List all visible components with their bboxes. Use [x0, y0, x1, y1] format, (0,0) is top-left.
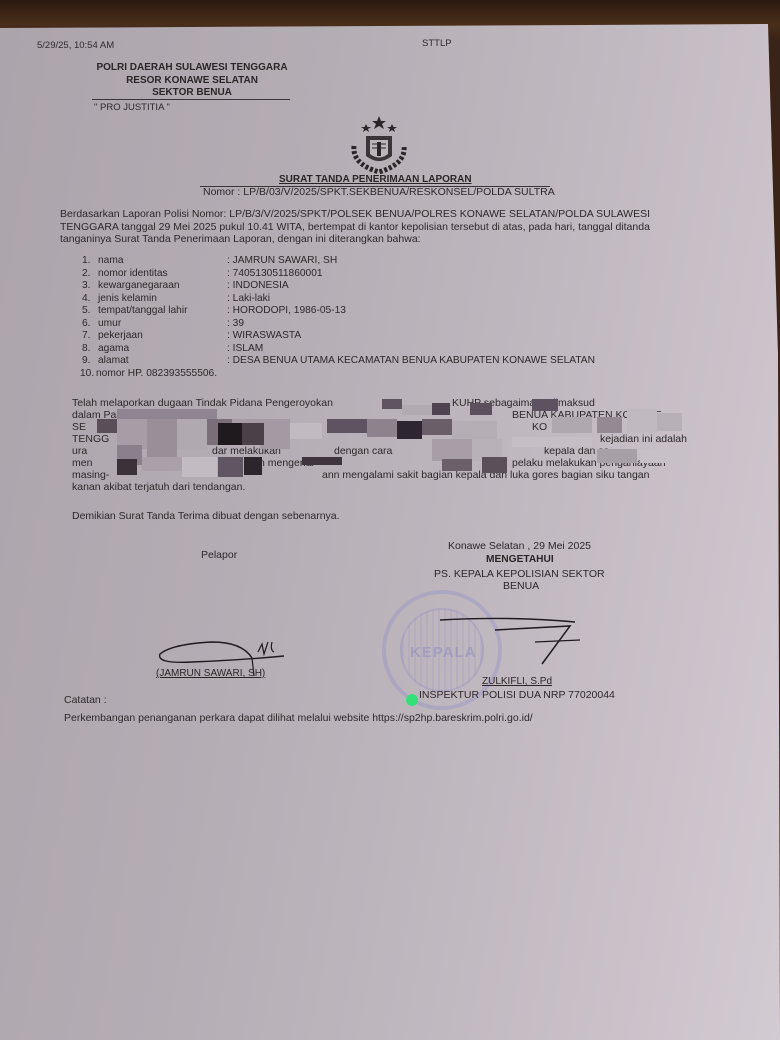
- redaction-block: [482, 457, 507, 473]
- redaction-block: [432, 403, 450, 415]
- redaction-block: [532, 399, 558, 411]
- redaction-block: [442, 459, 472, 471]
- redaction-block: [627, 409, 657, 433]
- redaction-block: [117, 459, 137, 475]
- report-line: SE: [72, 421, 86, 434]
- report-line: kanan akibat terjatuh dari tendangan.: [72, 481, 245, 494]
- redaction-block: [552, 417, 592, 433]
- intro-line: Berdasarkan Laporan Polisi Nomor: LP/B/3…: [60, 208, 650, 221]
- redaction-block: [177, 419, 207, 449]
- redaction-block: [117, 409, 217, 419]
- redaction-block: [402, 405, 432, 415]
- redaction-block: [382, 399, 402, 409]
- letterhead-rule: [92, 99, 290, 100]
- redaction-block: [302, 457, 342, 465]
- acknowledged-label: MENGETAHUI: [486, 554, 554, 565]
- report-line: dengan cara: [334, 445, 392, 458]
- redaction-block: [260, 419, 290, 449]
- doc-code: STTLP: [422, 38, 452, 49]
- reporter-details-list: 1.nama: JAMRUN SAWARI, SH 2.nomor identi…: [82, 255, 622, 390]
- redaction-block: [512, 437, 592, 447]
- redaction-block: [290, 423, 322, 439]
- document-title: SURAT TANDA PENERIMAAN LAPORAN: [279, 174, 472, 185]
- redaction-block: [244, 457, 262, 475]
- redaction-block: [470, 403, 492, 415]
- reporter-role: Pelapor: [201, 549, 237, 562]
- intro-line: tanganinya Surat Tanda Penerimaan Lapora…: [60, 233, 650, 246]
- redaction-block: [640, 449, 684, 463]
- document-number: Nomor : LP/B/03/V/2025/SPKT.SEKBENUA/RES…: [203, 186, 555, 199]
- redaction-block: [218, 457, 243, 477]
- redaction-block: [397, 421, 422, 439]
- polri-emblem-icon: [344, 116, 414, 179]
- report-line: Telah melaporkan dugaan Tindak Pidana Pe…: [72, 397, 333, 410]
- report-line: ura: [72, 445, 87, 458]
- green-marker: [406, 694, 418, 706]
- report-line: kejadian ini adalah: [600, 433, 687, 446]
- report-line: men: [72, 457, 92, 470]
- redaction-block: [182, 457, 217, 477]
- redaction-block: [147, 419, 177, 459]
- notes-text: Perkembangan penanganan perkara dapat di…: [64, 712, 533, 725]
- pro-justitia: " PRO JUSTITIA ": [94, 102, 170, 113]
- letterhead-line-3: SEKTOR BENUA: [92, 87, 292, 100]
- redaction-block: [597, 417, 622, 433]
- officer-name: ZULKIFLI, S.Pd: [482, 676, 552, 687]
- report-line: masing-: [72, 469, 109, 482]
- redaction-block: [597, 449, 637, 463]
- officer-position-2: BENUA: [503, 580, 539, 593]
- notes-label: Catatan :: [64, 694, 107, 707]
- report-line: TENGG: [72, 433, 109, 446]
- redaction-block: [657, 413, 682, 431]
- report-paragraph: Telah melaporkan dugaan Tindak Pidana Pe…: [72, 397, 684, 502]
- document-page: 5/29/25, 10:54 AM STTLP POLRI DAERAH SUL…: [0, 24, 780, 1040]
- redaction-block: [97, 419, 117, 433]
- redaction-block: [367, 419, 397, 437]
- redaction-block: [422, 419, 452, 435]
- officer-position: PS. KEPALA KEPOLISIAN SEKTOR: [434, 568, 605, 581]
- redaction-block: [432, 439, 472, 461]
- redaction-block: [218, 423, 242, 445]
- redaction-block: [142, 457, 182, 471]
- letterhead-line-2: RESOR KONAWE SELATAN: [92, 75, 292, 88]
- redaction-block: [452, 421, 497, 439]
- redaction-block: [242, 423, 264, 445]
- intro-line: TENGGARA tanggal 29 Mei 2025 pukul 10.41…: [60, 221, 650, 234]
- print-timestamp: 5/29/25, 10:54 AM: [37, 40, 114, 51]
- report-line: KO: [532, 421, 547, 434]
- closing-statement: Demikian Surat Tanda Terima dibuat denga…: [72, 510, 340, 523]
- place-date: Konawe Selatan , 29 Mei 2025: [448, 540, 591, 553]
- letterhead: POLRI DAERAH SULAWESI TENGGARA RESOR KON…: [92, 62, 292, 100]
- intro-paragraph: Berdasarkan Laporan Polisi Nomor: LP/B/3…: [60, 208, 650, 246]
- reporter-name: (JAMRUN SAWARI, SH): [156, 668, 265, 679]
- officer-rank: INSPEKTUR POLISI DUA NRP 77020044: [419, 689, 615, 702]
- letterhead-line-1: POLRI DAERAH SULAWESI TENGGARA: [92, 62, 292, 75]
- redaction-block: [327, 419, 367, 433]
- officer-signature: [430, 614, 590, 674]
